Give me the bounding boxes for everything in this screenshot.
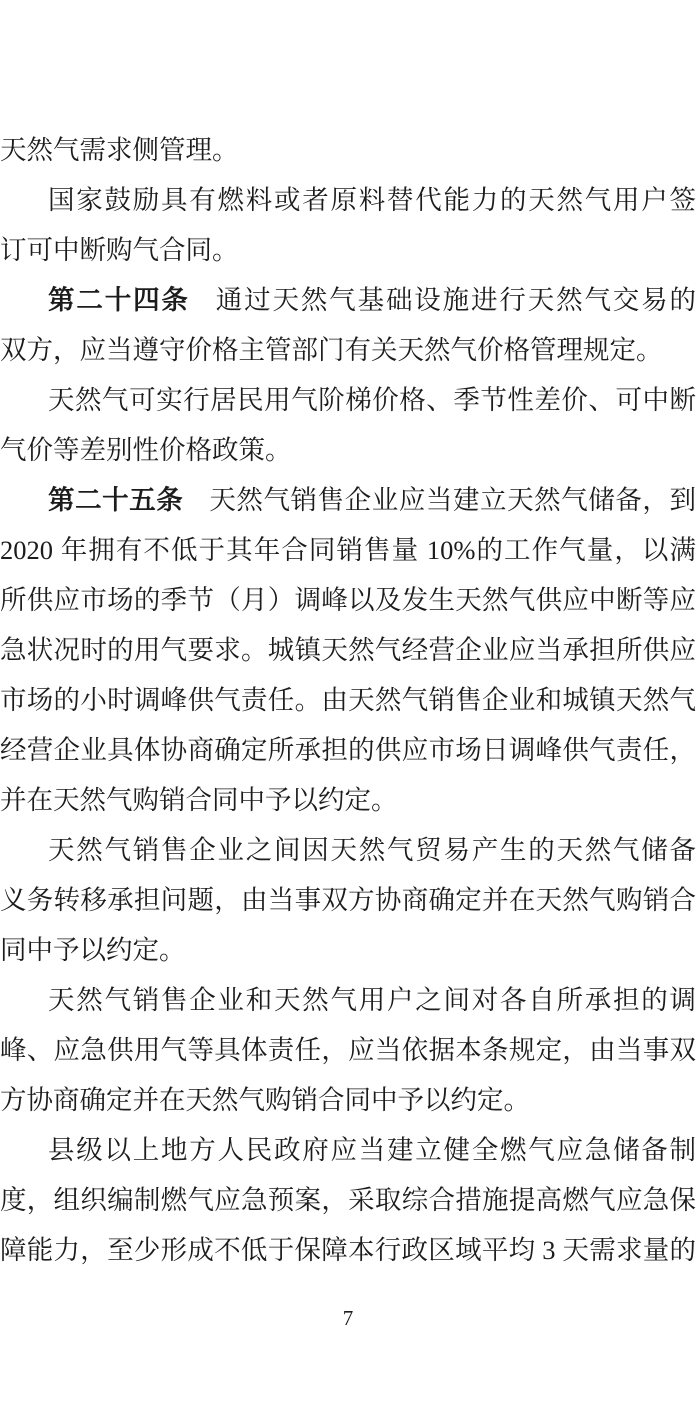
line-text: 县级以上地方人民政府应当建立健全燃气应急储备制 <box>48 1135 696 1165</box>
line-text: 气价等差别性价格政策。 <box>0 435 292 465</box>
article-number: 第二十五条 <box>48 485 183 515</box>
text-line: 气价等差别性价格政策。 <box>0 425 696 475</box>
line-text: 天然气可实行居民用气阶梯价格、季节性差价、可中断 <box>48 385 696 415</box>
line-text: 市场的小时调峰供气责任。由天然气销售企业和城镇天然气 <box>0 685 696 715</box>
text-line: 天然气可实行居民用气阶梯价格、季节性差价、可中断 <box>0 375 696 425</box>
text-line: 障能力，至少形成不低于保障本行政区域平均 3 天需求量的 <box>0 1225 696 1275</box>
line-text: 经营企业具体协商确定所承担的供应市场日调峰供气责任， <box>0 735 696 765</box>
document-page: { "document": { "language": "zh-CN", "li… <box>0 0 696 1415</box>
line-text: 2020 年拥有不低于其年合同销售量 10%的工作气量，以满足 <box>0 535 696 575</box>
text-line: 天然气需求侧管理。 <box>0 125 696 175</box>
text-line: 2020 年拥有不低于其年合同销售量 10%的工作气量，以满足 <box>0 525 696 575</box>
page-body: 天然气需求侧管理。国家鼓励具有燃料或者原料替代能力的天然气用户签订可中断购气合同… <box>0 125 696 1275</box>
line-text: 所供应市场的季节（月）调峰以及发生天然气供应中断等应 <box>0 585 696 615</box>
text-line: 义务转移承担问题，由当事双方协商确定并在天然气购销合 <box>0 875 696 925</box>
page-footer: 7 <box>0 1303 696 1333</box>
text-line: 方协商确定并在天然气购销合同中予以约定。 <box>0 1075 696 1125</box>
article-number: 第二十四条 <box>48 285 190 315</box>
text-line: 经营企业具体协商确定所承担的供应市场日调峰供气责任， <box>0 725 696 775</box>
text-line: 天然气销售企业之间因天然气贸易产生的天然气储备 <box>0 825 696 875</box>
line-text: 天然气销售企业和天然气用户之间对各自所承担的调 <box>48 985 696 1015</box>
text-line: 急状况时的用气要求。城镇天然气经营企业应当承担所供应 <box>0 625 696 675</box>
line-text: 方协商确定并在天然气购销合同中予以约定。 <box>0 1085 530 1115</box>
line-text: 订可中断购气合同。 <box>0 235 239 265</box>
text-line: 第二十四条通过天然气基础设施进行天然气交易的 <box>0 275 696 325</box>
text-line: 市场的小时调峰供气责任。由天然气销售企业和城镇天然气 <box>0 675 696 725</box>
text-line: 双方，应当遵守价格主管部门有关天然气价格管理规定。 <box>0 325 696 375</box>
line-text: 天然气销售企业之间因天然气贸易产生的天然气储备 <box>48 835 696 865</box>
text-line: 订可中断购气合同。 <box>0 225 696 275</box>
line-text: 急状况时的用气要求。城镇天然气经营企业应当承担所供应 <box>0 635 696 665</box>
line-text: 天然气需求侧管理。 <box>0 135 239 165</box>
page-number: 7 <box>343 1306 354 1330</box>
line-text: 国家鼓励具有燃料或者原料替代能力的天然气用户签 <box>48 185 696 215</box>
line-text: 障能力，至少形成不低于保障本行政区域平均 3 天需求量的 <box>0 1235 696 1265</box>
line-text: 峰、应急供用气等具体责任，应当依据本条规定，由当事双 <box>0 1035 696 1065</box>
line-text: 双方，应当遵守价格主管部门有关天然气价格管理规定。 <box>0 335 663 365</box>
text-line: 国家鼓励具有燃料或者原料替代能力的天然气用户签 <box>0 175 696 225</box>
text-line: 并在天然气购销合同中予以约定。 <box>0 775 696 825</box>
text-line: 峰、应急供用气等具体责任，应当依据本条规定，由当事双 <box>0 1025 696 1075</box>
line-text: 天然气销售企业应当建立天然气储备，到 <box>209 485 696 515</box>
text-line: 第二十五条天然气销售企业应当建立天然气储备，到 <box>0 475 696 525</box>
line-text: 同中予以约定。 <box>0 935 186 965</box>
text-line: 天然气销售企业和天然气用户之间对各自所承担的调 <box>0 975 696 1025</box>
text-line: 同中予以约定。 <box>0 925 696 975</box>
line-text: 并在天然气购销合同中予以约定。 <box>0 785 398 815</box>
line-text: 度，组织编制燃气应急预案，采取综合措施提高燃气应急保 <box>0 1185 696 1215</box>
text-line: 县级以上地方人民政府应当建立健全燃气应急储备制 <box>0 1125 696 1175</box>
text-line: 所供应市场的季节（月）调峰以及发生天然气供应中断等应 <box>0 575 696 625</box>
text-line: 度，组织编制燃气应急预案，采取综合措施提高燃气应急保 <box>0 1175 696 1225</box>
line-text: 义务转移承担问题，由当事双方协商确定并在天然气购销合 <box>0 885 696 915</box>
line-text: 通过天然气基础设施进行天然气交易的 <box>216 285 696 315</box>
